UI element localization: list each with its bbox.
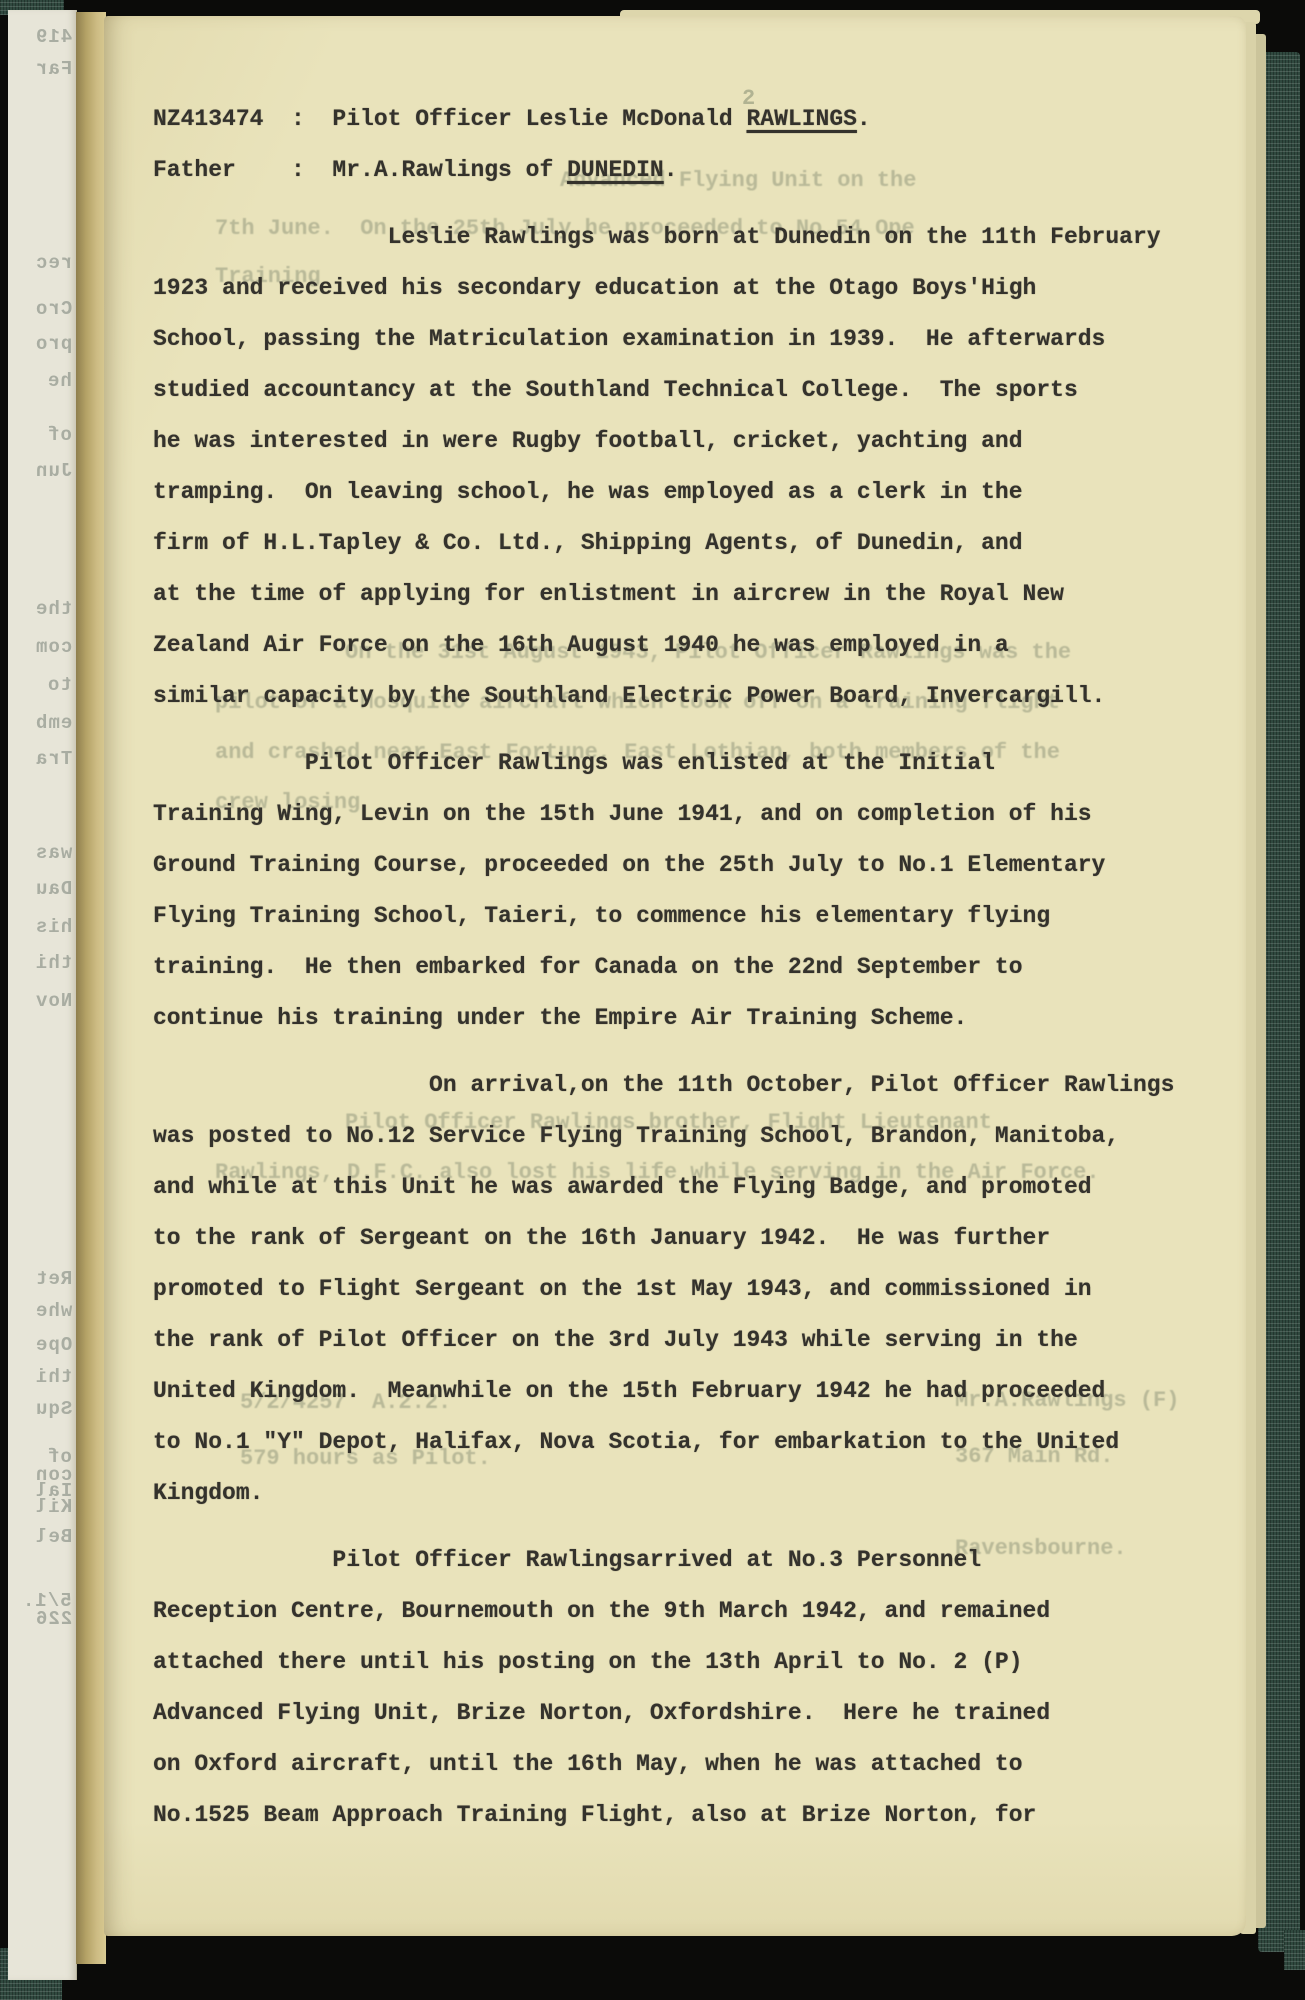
text-line: to the rank of Sergeant on the 16th Janu…: [153, 1213, 1174, 1264]
text-line: On arrival,on the 11th October, Pilot Of…: [153, 1060, 1174, 1111]
text-segment: United Kingdom. Meanwhile on the 15th Fe…: [153, 1378, 1105, 1404]
text-line: to No.1 "Y" Depot, Halifax, Nova Scotia,…: [153, 1417, 1174, 1468]
text-line: Training Wing, Levin on the 15th June 19…: [153, 789, 1174, 840]
text-segment: was posted to No.12 Service Flying Train…: [153, 1123, 1119, 1149]
mirrored-bleed-fragment: rec: [35, 252, 72, 274]
text-line: Father : Mr.A.Rawlings of DUNEDIN.: [153, 145, 1174, 196]
text-segment: .: [857, 106, 871, 132]
text-segment: continue his training under the Empire A…: [153, 1005, 967, 1031]
mirrored-bleed-fragment: to: [47, 674, 72, 696]
text-segment: .: [664, 157, 678, 183]
text-segment: Reception Centre, Bournemouth on the 9th…: [153, 1598, 1050, 1624]
text-segment: promoted to Flight Sergeant on the 1st M…: [153, 1276, 1092, 1302]
mirrored-bleed-fragment: thi: [35, 952, 72, 974]
text-line: Pilot Officer Rawlings was enlisted at t…: [153, 738, 1174, 789]
text-line: Pilot Officer Rawlingsarrived at No.3 Pe…: [153, 1535, 1174, 1586]
text-segment: at the time of applying for enlistment i…: [153, 581, 1064, 607]
text-segment: similar capacity by the Southland Electr…: [153, 683, 1105, 709]
mirrored-bleed-fragment: pro: [35, 333, 72, 355]
text-line: 1923 and received his secondary educatio…: [153, 263, 1174, 314]
text-segment: the rank of Pilot Officer on the 3rd Jul…: [153, 1327, 1078, 1353]
mirrored-bleed-fragment: of: [47, 424, 72, 446]
text-line: United Kingdom. Meanwhile on the 15th Fe…: [153, 1366, 1174, 1417]
mirrored-bleed-fragment: whe: [35, 1300, 72, 1322]
mirrored-bleed-fragment: 419: [35, 26, 72, 48]
page-gutter: [76, 12, 106, 1964]
mirrored-bleed-fragment: Ret: [35, 1268, 72, 1290]
binding-cloth-bottom-right: [1284, 1930, 1305, 1970]
mirrored-bleed-fragment: Tra: [35, 748, 72, 770]
text-line: was posted to No.12 Service Flying Train…: [153, 1111, 1174, 1162]
text-segment: on Oxford aircraft, until the 16th May, …: [153, 1751, 1023, 1777]
text-line: and while at this Unit he was awarded th…: [153, 1162, 1174, 1213]
text-segment: Flying Training School, Taieri, to comme…: [153, 903, 1050, 929]
text-line: on Oxford aircraft, until the 16th May, …: [153, 1739, 1174, 1790]
text-segment: training. He then embarked for Canada on…: [153, 954, 1023, 980]
underlined-text: DUNEDIN: [567, 157, 664, 183]
mirrored-bleed-fragment: Squ: [35, 1398, 72, 1420]
underlined-text: RAWLINGS: [747, 106, 857, 132]
text-segment: Father : Mr.A.Rawlings of: [153, 157, 567, 183]
text-line: School, passing the Matriculation examin…: [153, 314, 1174, 365]
text-line: firm of H.L.Tapley & Co. Ltd., Shipping …: [153, 518, 1174, 569]
mirrored-bleed-fragment: the: [35, 598, 72, 620]
mirrored-bleed-fragment: Ope: [35, 1334, 72, 1356]
text-segment: Kingdom.: [153, 1480, 263, 1506]
text-line: No.1525 Beam Approach Training Flight, a…: [153, 1790, 1174, 1841]
mirrored-bleed-fragment: Far: [35, 58, 72, 80]
text-segment: On arrival,on the 11th October, Pilot Of…: [153, 1072, 1174, 1098]
text-line: training. He then embarked for Canada on…: [153, 942, 1174, 993]
text-line: Advanced Flying Unit, Brize Norton, Oxfo…: [153, 1688, 1174, 1739]
text-segment: No.1525 Beam Approach Training Flight, a…: [153, 1802, 1036, 1828]
mirrored-bleed-fragment: Kil: [35, 1496, 72, 1518]
text-line: tramping. On leaving school, he was empl…: [153, 467, 1174, 518]
text-segment: 1923 and received his secondary educatio…: [153, 275, 1036, 301]
document-page: Advanced Flying Unit on the7th June. On …: [104, 16, 1246, 1936]
typed-text-block: NZ413474 : Pilot Officer Leslie McDonald…: [104, 16, 1174, 1841]
text-segment: he was interested in were Rugby football…: [153, 428, 1023, 454]
text-line: NZ413474 : Pilot Officer Leslie McDonald…: [153, 94, 1174, 145]
text-segment: Zealand Air Force on the 16th August 194…: [153, 632, 1009, 658]
text-segment: Leslie Rawlings was born at Dunedin on t…: [153, 224, 1161, 250]
text-segment: attached there until his posting on the …: [153, 1649, 1023, 1675]
text-segment: Advanced Flying Unit, Brize Norton, Oxfo…: [153, 1700, 1050, 1726]
text-segment: tramping. On leaving school, he was empl…: [153, 479, 1023, 505]
mirrored-bleed-fragment: com: [35, 636, 72, 658]
text-line: similar capacity by the Southland Electr…: [153, 671, 1174, 722]
mirrored-bleed-fragment: Cro: [35, 298, 72, 320]
text-line: Flying Training School, Taieri, to comme…: [153, 891, 1174, 942]
text-segment: Training Wing, Levin on the 15th June 19…: [153, 801, 1092, 827]
text-line: attached there until his posting on the …: [153, 1637, 1174, 1688]
mirrored-bleed-fragment: he: [47, 370, 72, 392]
mirrored-bleed-fragment: Jun: [35, 460, 72, 482]
text-segment: Pilot Officer Rawlingsarrived at No.3 Pe…: [153, 1547, 981, 1573]
text-segment: to the rank of Sergeant on the 16th Janu…: [153, 1225, 1050, 1251]
text-segment: studied accountancy at the Southland Tec…: [153, 377, 1078, 403]
text-line: Leslie Rawlings was born at Dunedin on t…: [153, 212, 1174, 263]
mirrored-bleed-fragment: emb: [35, 712, 72, 734]
text-segment: to No.1 "Y" Depot, Halifax, Nova Scotia,…: [153, 1429, 1119, 1455]
text-line: Reception Centre, Bournemouth on the 9th…: [153, 1586, 1174, 1637]
text-line: continue his training under the Empire A…: [153, 993, 1174, 1044]
text-segment: NZ413474 : Pilot Officer Leslie McDonald: [153, 106, 747, 132]
mirrored-bleed-fragment: his: [35, 916, 72, 938]
previous-page-strip: 419FarrecCroproheofJunthecomtoembTrawasD…: [8, 10, 77, 1980]
text-segment: Ground Training Course, proceeded on the…: [153, 852, 1105, 878]
mirrored-bleed-fragment: was: [35, 842, 72, 864]
book-photo: { "colors": { "bg": "#0b0b09", "paper": …: [0, 0, 1305, 2000]
text-line: Zealand Air Force on the 16th August 194…: [153, 620, 1174, 671]
text-segment: Pilot Officer Rawlings was enlisted at t…: [153, 750, 995, 776]
text-line: Kingdom.: [153, 1468, 1174, 1519]
text-line: at the time of applying for enlistment i…: [153, 569, 1174, 620]
text-line: he was interested in were Rugby football…: [153, 416, 1174, 467]
text-line: studied accountancy at the Southland Tec…: [153, 365, 1174, 416]
mirrored-bleed-fragment: Nov: [35, 990, 72, 1012]
text-line: the rank of Pilot Officer on the 3rd Jul…: [153, 1315, 1174, 1366]
text-line: promoted to Flight Sergeant on the 1st M…: [153, 1264, 1174, 1315]
mirrored-bleed-fragment: Bel: [35, 1526, 72, 1548]
text-line: Ground Training Course, proceeded on the…: [153, 840, 1174, 891]
mirrored-bleed-fragment: Dau: [35, 878, 72, 900]
mirrored-bleed-fragment: 226: [35, 1608, 72, 1630]
mirrored-bleed-fragment: thi: [35, 1366, 72, 1388]
text-segment: School, passing the Matriculation examin…: [153, 326, 1105, 352]
text-segment: and while at this Unit he was awarded th…: [153, 1174, 1092, 1200]
text-segment: firm of H.L.Tapley & Co. Ltd., Shipping …: [153, 530, 1023, 556]
